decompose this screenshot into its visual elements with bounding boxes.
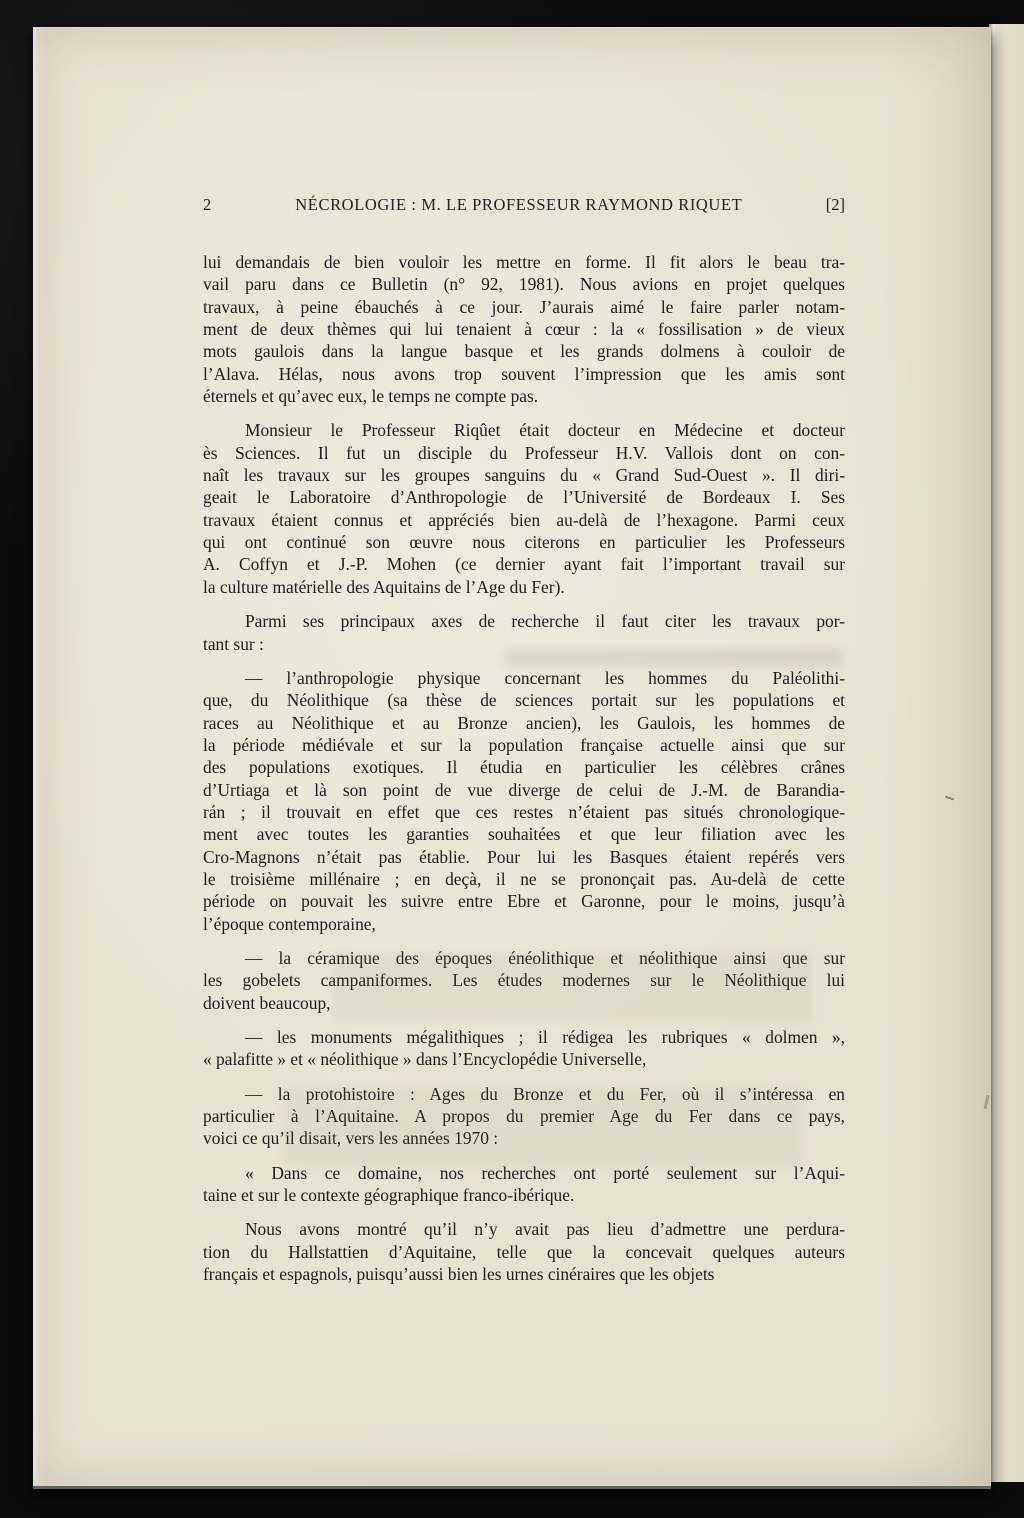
running-title: NÉCROLOGIE : M. LE PROFESSEUR RAYMOND RI… — [212, 195, 826, 215]
text-line: les gobelets campaniformes. Les études m… — [203, 969, 845, 991]
text-line: rán ; il trouvait en effet que ces reste… — [203, 801, 845, 823]
text-line: Cro-Magnons n’était pas établie. Pour lu… — [203, 846, 845, 868]
text-line: — la céramique des époques énéolithique … — [203, 947, 845, 969]
text-line: que, du Néolithique (sa thèse de science… — [203, 689, 845, 711]
book-page: 2 NÉCROLOGIE : M. LE PROFESSEUR RAYMOND … — [33, 27, 991, 1486]
page-number-bracketed: [2] — [826, 195, 845, 215]
text-line: races au Néolithique et au Bronze ancien… — [203, 712, 845, 734]
next-page-edge — [989, 24, 1024, 1482]
paragraph: Nous avons montré qu’il n’y avait pas li… — [203, 1218, 845, 1285]
text-line: qui ont continué son œuvre nous citerons… — [203, 531, 845, 553]
text-line: l’Alava. Hélas, nous avons trop souvent … — [203, 363, 845, 385]
text-line: période on pouvait les suivre entre Ebre… — [203, 890, 845, 912]
paragraph: — les monuments mégalithiques ; il rédig… — [203, 1026, 845, 1071]
text-line: A. Coffyn et J.-P. Mohen (ce dernier aya… — [203, 553, 845, 575]
text-line: doivent beaucoup, — [203, 992, 845, 1014]
text-line: Nous avons montré qu’il n’y avait pas li… — [203, 1218, 845, 1240]
text-line: le troisième millénaire ; en deçà, il ne… — [203, 868, 845, 890]
paragraph: lui demandais de bien vouloir les mettre… — [203, 251, 845, 407]
text-line: lui demandais de bien vouloir les mettre… — [203, 251, 845, 273]
page-header: 2 NÉCROLOGIE : M. LE PROFESSEUR RAYMOND … — [203, 195, 845, 215]
text-line: Monsieur le Professeur Riqûet était doct… — [203, 419, 845, 441]
text-line: « palafitte » et « néolithique » dans l’… — [203, 1048, 845, 1070]
text-line: travaux étaient connus et appréciés bien… — [203, 509, 845, 531]
text-line: mots gaulois dans la langue basque et le… — [203, 340, 845, 362]
text-line: Parmi ses principaux axes de recherche i… — [203, 610, 845, 632]
scanned-spread: 2 NÉCROLOGIE : M. LE PROFESSEUR RAYMOND … — [0, 0, 1024, 1518]
text-line: d’Urtiaga et là son point de vue diverge… — [203, 779, 845, 801]
text-line: — la protohistoire : Ages du Bronze et d… — [203, 1083, 845, 1105]
text-line: la culture matérielle des Aquitains de l… — [203, 576, 845, 598]
text-line: ment de deux thèmes qui lui tenaient à c… — [203, 318, 845, 340]
paragraph: Parmi ses principaux axes de recherche i… — [203, 610, 845, 655]
text-line: français et espagnols, puisqu’aussi bien… — [203, 1263, 845, 1285]
margin-mark — [945, 796, 954, 801]
margin-mark — [984, 1095, 990, 1109]
paragraph: Monsieur le Professeur Riqûet était doct… — [203, 419, 845, 598]
text-line: vail paru dans ce Bulletin (n° 92, 1981)… — [203, 273, 845, 295]
text-line: voici ce qu’il disait, vers les années 1… — [203, 1127, 845, 1149]
text-line: tant sur : — [203, 633, 845, 655]
text-line: taine et sur le contexte géographique fr… — [203, 1184, 845, 1206]
text-line: la période médiévale et sur la populatio… — [203, 734, 845, 756]
paragraph: — la protohistoire : Ages du Bronze et d… — [203, 1083, 845, 1150]
text-line: — l’anthropologie physique concernant le… — [203, 667, 845, 689]
paragraph: — la céramique des époques énéolithique … — [203, 947, 845, 1014]
text-line: travaux, à peine ébauchés à ce jour. J’a… — [203, 296, 845, 318]
paragraph: « Dans ce domaine, nos recherches ont po… — [203, 1162, 845, 1207]
body-text: lui demandais de bien vouloir les mettre… — [203, 251, 845, 1285]
text-line: éternels et qu’avec eux, le temps ne com… — [203, 385, 845, 407]
page-number-left: 2 — [203, 195, 212, 215]
text-line: tion du Hallstattien d’Aquitaine, telle … — [203, 1241, 845, 1263]
text-line: geait le Laboratoire d’Anthropologie de … — [203, 486, 845, 508]
text-line: ès Sciences. Il fut un disciple du Profe… — [203, 442, 845, 464]
text-line: l’époque contemporaine, — [203, 913, 845, 935]
text-line: « Dans ce domaine, nos recherches ont po… — [203, 1162, 845, 1184]
text-line: ment avec toutes les garanties souhaitée… — [203, 823, 845, 845]
text-line: naît les travaux sur les groupes sanguin… — [203, 464, 845, 486]
paragraph: — l’anthropologie physique concernant le… — [203, 667, 845, 935]
text-line: — les monuments mégalithiques ; il rédig… — [203, 1026, 845, 1048]
text-line: particulier à l’Aquitaine. A propos du p… — [203, 1105, 845, 1127]
text-line: des populations exotiques. Il étudia en … — [203, 756, 845, 778]
